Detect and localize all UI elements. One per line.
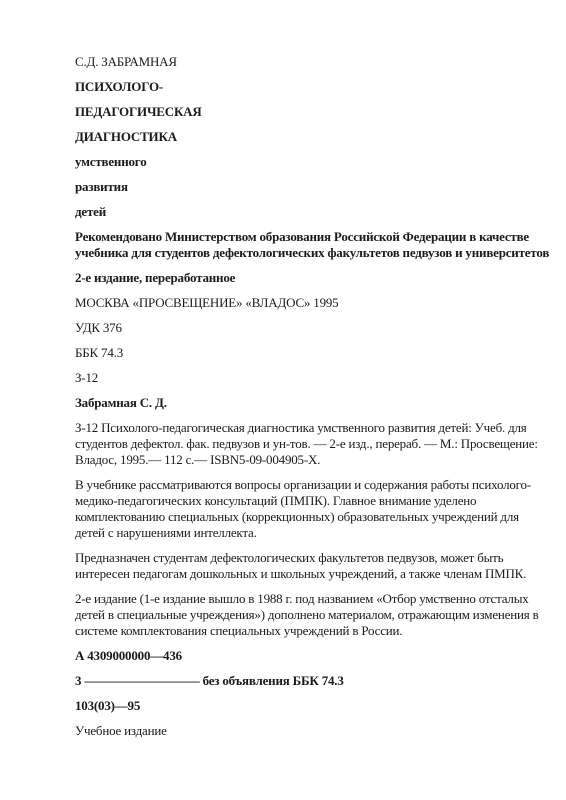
abstract-paragraph-3: 2-е издание (1-е издание вышло в 1988 г.… bbox=[75, 591, 550, 639]
subtitle-line-1: умственного bbox=[75, 154, 550, 170]
print-code-line-1: А 4309000000—436 bbox=[75, 648, 550, 664]
subtitle-line-3: детей bbox=[75, 204, 550, 220]
title-line-1: ПСИХОЛОГО- bbox=[75, 79, 550, 95]
edition-note: 2-е издание, переработанное bbox=[75, 270, 550, 286]
title-line-2: ПЕДАГОГИЧЕСКАЯ bbox=[75, 104, 550, 120]
udk-code: УДК 376 bbox=[75, 320, 550, 336]
imprint-line: МОСКВА «ПРОСВЕЩЕНИЕ» «ВЛАДОС» 1995 bbox=[75, 295, 550, 311]
print-code-line-3: 103(03)—95 bbox=[75, 698, 550, 714]
author-name: С.Д. ЗАБРАМНАЯ bbox=[75, 54, 550, 70]
subtitle-line-2: развития bbox=[75, 179, 550, 195]
print-code-line-2: 3 ————————— без объявления ББК 74.3 bbox=[75, 673, 550, 689]
bbk-code: ББК 74.3 bbox=[75, 345, 550, 361]
abstract-paragraph-2: Предназначен студентам дефектологических… bbox=[75, 550, 550, 582]
book-imprint-page: С.Д. ЗАБРАМНАЯ ПСИХОЛОГО- ПЕДАГОГИЧЕСКАЯ… bbox=[0, 0, 566, 800]
bibliographic-record: З-12 Психолого-педагогическая диагностик… bbox=[75, 420, 550, 468]
title-line-3: ДИАГНОСТИКА bbox=[75, 129, 550, 145]
author-heading: Забрамная С. Д. bbox=[75, 395, 550, 411]
recommendation-note: Рекомендовано Министерством образования … bbox=[75, 229, 550, 261]
catalog-code: З-12 bbox=[75, 370, 550, 386]
abstract-paragraph-1: В учебнике рассматриваются вопросы орган… bbox=[75, 477, 550, 541]
edition-type-label: Учебное издание bbox=[75, 723, 550, 739]
